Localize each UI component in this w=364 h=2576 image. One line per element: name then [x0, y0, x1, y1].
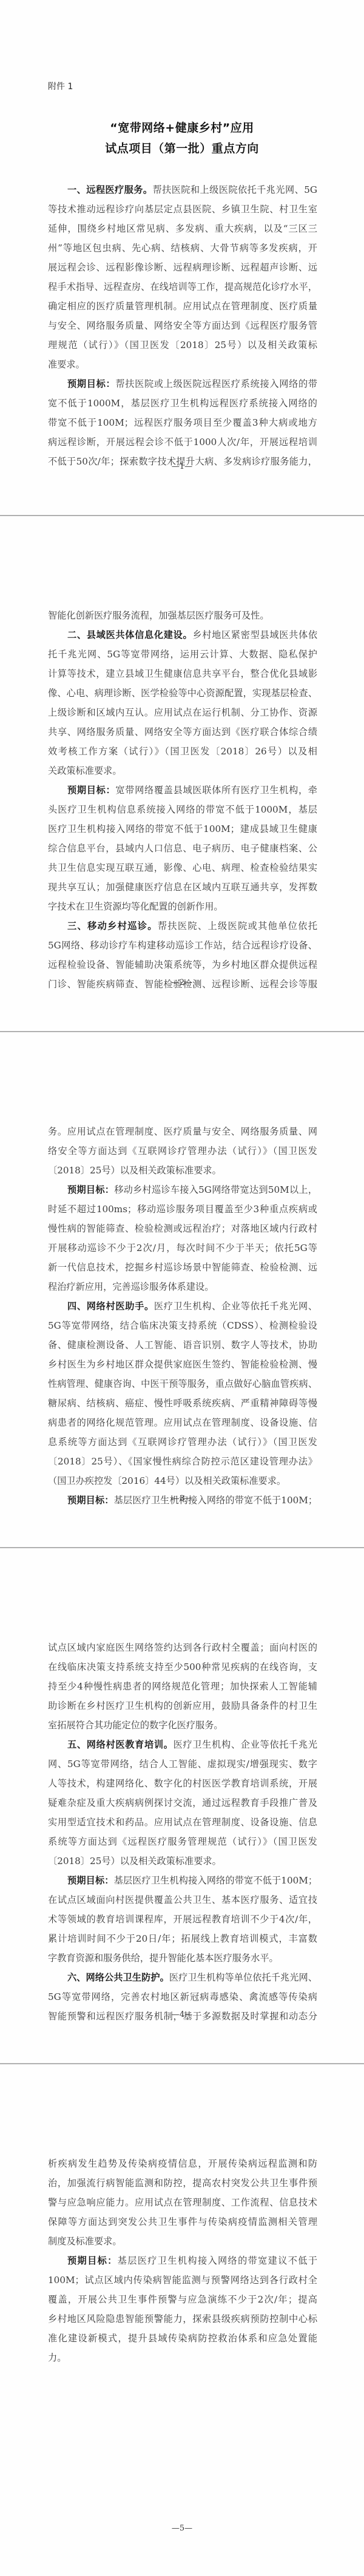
- line-text: 头医疗卫生机构信息系统接入网络的带宽不低于1000M，基层: [48, 804, 317, 815]
- section-heading: 三、移动乡村巡诊。: [67, 921, 158, 931]
- text-line: 一、远程医疗服务。帮扶医院和上级医院依托千兆光网、5G: [48, 180, 317, 200]
- text-line: （国卫办疾控发〔2016〕44号）以及相关政策标准要求。: [48, 1471, 317, 1491]
- text-line: 5G网络、移动诊疗车构建移动巡诊工作站，结合远程诊疗设备、: [48, 936, 317, 955]
- page-body: 析疾病发生趋势及传染病疫情信息，开展传染病远程监测和防治，加强流行病智能监测和防…: [48, 2154, 317, 2367]
- line-text: 制度及标准要求。: [48, 2236, 122, 2247]
- line-text: 字技术在卫生资源均等化配置的创新作用。: [48, 901, 223, 912]
- line-text: 开展移动巡诊不少于2次/月，每次时间不少于半天；依托5G等: [48, 1243, 317, 1253]
- line-text: 计算等技术，建立县域卫生健康信息共享平台，整合优化县域影: [48, 668, 317, 679]
- text-line: 5G等宽带网络，完善农村地区新冠病毒感染、禽流感等传染病: [48, 1987, 317, 2007]
- line-text: 准化建设新模式，提升县域传染病防控救治体系和应急处置能: [48, 2333, 317, 2344]
- text-line: 确定相应的医疗质量管理机制。应用试点在管理制度、医疗质量: [48, 297, 317, 316]
- line-text: 病远程诊断，开展远程会诊不低于1000人次/年，开展远程培训: [48, 437, 317, 448]
- text-line: 综合信息平台，县域内人口信息、电子病历、电子健康档案、公: [48, 839, 317, 858]
- page-body: 务。应用试点在管理制度、医疗质量与安全、网络服务质量、网络安全等方面达到《互联网…: [48, 1122, 317, 1510]
- document-viewer: 附件 1 “宽带网络+健康乡村”应用 试点项目（第一批）重点方向 一、远程医疗服…: [0, 0, 364, 2576]
- text-line: 在试点区域面向村医提供覆盖公共卫生、基本医疗服务、适宜技: [48, 1890, 317, 1910]
- line-text: 在试点区域面向村医提供覆盖公共卫生、基本医疗服务、适宜技: [48, 1894, 317, 1905]
- line-text: 〔2018〕25号）以及相关政策标准要求。: [48, 1856, 221, 1867]
- page-number: —3—: [0, 1494, 364, 1503]
- page-number: —1—: [0, 462, 364, 471]
- text-line: 警与应急响应能力。应用试点在管理制度、工作流程、信息技术: [48, 2193, 317, 2212]
- text-line: 乡村医生为乡村地区群众提供家庭医生签约、智能检验检测、慢: [48, 1355, 317, 1374]
- line-text: 远程检验设备、智能辅助决策系统等，为乡村地区群众提供远程: [48, 959, 317, 970]
- line-text: 备、健康检测设备、人工智能、语音识别、数字人等技术，协助: [48, 1340, 317, 1350]
- line-text: 力。: [48, 2352, 66, 2363]
- text-line: 析疾病发生趋势及传染病疫情信息，开展传染病远程监测和防: [48, 2154, 317, 2173]
- text-line: 远程检验设备、智能辅助决策系统等，为乡村地区群众提供远程: [48, 955, 317, 974]
- line-text: 基层医疗卫生机构接入网络的带宽不低于100M；: [114, 1875, 317, 1886]
- line-text: 程治疗新应用，完善巡诊服务体系建设。: [48, 1281, 214, 1292]
- page-body: 智能化创新医疗服务流程，加强基层医疗服务可及性。二、县域医共体信息化建设。乡村地…: [48, 606, 317, 994]
- line-text: 理规范（试行）》（国卫医发〔2018〕25号）以及相关政策标: [48, 340, 317, 351]
- line-text: 治，加强流行病智能监测和防控，提高农村突发公共卫生事件预: [48, 2178, 317, 2189]
- line-text: 累计培训时间不少于20日/年；拓展线上教育培训模式，丰富数: [48, 1933, 317, 1944]
- text-line: 计算等技术，建立县域卫生健康信息共享平台，整合优化县域影: [48, 664, 317, 683]
- text-line: 累计培训时间不少于20日/年；拓展线上教育培训模式，丰富数: [48, 1929, 317, 1948]
- text-line: 覆盖，开展公共卫生事件预警与应急演练不少于2次/年；提高: [48, 2290, 317, 2309]
- attachment-label: 附件 1: [48, 80, 73, 92]
- text-line: 程手术指导、远程查房、在线培训等工作，提高规范化诊疗水平，: [48, 277, 317, 297]
- text-line: 慢性病的智能筛查、检验检测或远程治疗；对落地区域内行政村: [48, 1219, 317, 1238]
- line-text: 试点区域内家庭医生网络签约达到各行政村全覆盖；面向村医的: [48, 1642, 317, 1653]
- text-line: 试点区域内家庭医生网络签约达到各行政村全覆盖；面向村医的: [48, 1638, 317, 1657]
- line-text: 时延不超过100ms；移动巡诊服务项目覆盖至少3种重点疾病或: [48, 1204, 317, 1215]
- text-line: 在线临床决策支持系统支持至少500种常见疾病的在线咨询，支: [48, 1657, 317, 1677]
- line-text: 上级诊断和区域内互认。应用试点在运行机制、分工协作、资源: [48, 707, 317, 718]
- line-text: 确定相应的医疗质量管理机制。应用试点在管理制度、医疗质量: [48, 301, 317, 312]
- line-text: 覆盖，开展公共卫生事件预警与应急演练不少于2次/年；提高: [48, 2294, 317, 2305]
- line-text: 延伸，围绕乡村地区常见病、多发病、重大疾病，以及“三区三: [48, 223, 317, 234]
- line-text: 乡村医生为乡村地区群众提供家庭医生签约、智能检验检测、慢: [48, 1359, 317, 1370]
- text-line: 制度及标准要求。: [48, 2232, 317, 2251]
- text-line: 延伸，围绕乡村地区常见病、多发病、重大疾病，以及“三区三: [48, 219, 317, 238]
- text-line: 字教育资源和服务供给，提升智能化基本医疗服务水平。: [48, 1948, 317, 1968]
- section-heading: 预期目标：: [67, 785, 115, 796]
- text-line: 力。: [48, 2348, 317, 2367]
- text-line: 上级诊断和区域内互认。应用试点在运行机制、分工协作、资源: [48, 703, 317, 722]
- line-text: 〔2018〕25号）以及相关政策标准要求。: [48, 1165, 221, 1176]
- page-2: 智能化创新医疗服务流程，加强基层医疗服务可及性。二、县域医共体信息化建设。乡村地…: [0, 516, 364, 1031]
- text-line: 〔2018〕25号）以及相关政策标准要求。: [48, 1161, 317, 1180]
- line-text: 宽不低于1000M，基层医疗卫生机构远程医疗系统接入网络的: [48, 398, 317, 409]
- line-text: 医疗卫生机构、企业等依托千兆光网、: [154, 1301, 317, 1312]
- text-line: 备、健康检测设备、人工智能、语音识别、数字人等技术，协助: [48, 1335, 317, 1355]
- line-text: 5G等宽带网络，完善农村地区新冠病毒感染、禽流感等传染病: [48, 1991, 317, 2002]
- line-text: 字教育资源和服务供给，提升智能化基本医疗服务水平。: [48, 1953, 278, 1964]
- page-number: —2—: [0, 978, 364, 987]
- line-text: 综合信息平台，县域内人口信息、电子病历、电子健康档案、公: [48, 843, 317, 854]
- page-1: 附件 1 “宽带网络+健康乡村”应用 试点项目（第一批）重点方向 一、远程医疗服…: [0, 0, 364, 515]
- text-line: 100M；试点区域内传染病智能监测与预警网络达到各行政村全: [48, 2270, 317, 2290]
- line-text: 络安全等方面达到《互联网诊疗管理办法（试行）》（国卫医发: [48, 1145, 317, 1156]
- text-line: 与安全、网络服务质量、网络安全等方面达到《远程医疗服务管: [48, 316, 317, 335]
- text-line: 智能化创新医疗服务流程，加强基层医疗服务可及性。: [48, 606, 317, 625]
- section-heading: 预期目标：: [67, 1875, 114, 1886]
- text-line: 〔2018〕25号）以及相关政策标准要求。: [48, 1851, 317, 1871]
- document-title-line1: “宽带网络+健康乡村”应用: [0, 119, 364, 135]
- section-heading: 预期目标：: [67, 378, 115, 389]
- text-line: 托千兆光网、5G等宽带网络，运用云计算、大数据、隐私保护: [48, 645, 317, 664]
- line-text: 医疗卫生机构接入网络的带宽不低于100M；建成县域卫生健康: [48, 823, 317, 834]
- text-line: 预期目标：基层医疗卫生机构接入网络的带宽不低于100M；: [48, 1871, 317, 1890]
- section-heading: 预期目标：: [67, 2255, 118, 2266]
- text-line: 新一代信息技术，挖掘乡村巡诊场景中智能筛查、检验检测、远: [48, 1258, 317, 1277]
- line-text: 慢性病的智能筛查、检验检测或远程治疗；对落地区域内行政村: [48, 1223, 317, 1234]
- line-text: 帮扶医院或上级医院远程医疗系统接入网络的带: [115, 378, 317, 389]
- text-line: 准化建设新模式，提升县域传染病防控救治体系和应急处置能: [48, 2329, 317, 2348]
- page-body: 一、远程医疗服务。帮扶医院和上级医院依托千兆光网、5G等技术推动远程诊疗向基层定…: [48, 180, 317, 471]
- line-text: 〔2018〕25号）、《国家慢性病综合防控示范区建设管理办法》: [48, 1456, 317, 1467]
- line-text: 宽带网络覆盖县域医联体所有医疗卫生机构，牵: [115, 785, 317, 796]
- line-text: 系统等方面达到《远程医疗服务管理规范（试行）》（国卫医发: [48, 1836, 317, 1847]
- line-text: 基层医疗卫生机构接入网络的带宽建议不低于: [118, 2255, 317, 2266]
- text-line: 像、心电、病理诊断、医学检验等中心资源配置，实现基层检查、: [48, 683, 317, 703]
- text-line: 二、县域医共体信息化建设。乡村地区紧密型县域医共体依: [48, 625, 317, 645]
- page-number: —5—: [0, 2524, 364, 2533]
- text-line: 准要求。: [48, 355, 317, 374]
- text-line: 〔2018〕25号）、《国家慢性病综合防控示范区建设管理办法》: [48, 1452, 317, 1471]
- text-line: 关政策标准要求。: [48, 761, 317, 780]
- line-text: 助诊断在乡村医疗卫生机构的创新应用，鼓励具备条件的村卫生: [48, 1700, 317, 1711]
- line-text: 在线临床决策支持系统支持至少500种常见疾病的在线咨询，支: [48, 1662, 317, 1672]
- text-line: 四、网络村医助手。医疗卫生机构、企业等依托千兆光网、: [48, 1296, 317, 1316]
- text-line: 头医疗卫生机构信息系统接入网络的带宽不低于1000M，基层: [48, 800, 317, 819]
- section-heading: 四、网络村医助手。: [67, 1301, 154, 1312]
- text-line: 时延不超过100ms；移动巡诊服务项目覆盖至少3种重点疾病或: [48, 1199, 317, 1219]
- line-text: 与安全、网络服务质量、网络安全等方面达到《远程医疗服务管: [48, 320, 317, 331]
- line-text: 乡村地区风险隐患智能预警能力，探索县级疾病预防控制中心标: [48, 2313, 317, 2324]
- text-line: 宽不低于1000M，基层医疗卫生机构远程医疗系统接入网络的: [48, 394, 317, 413]
- text-line: 室拓展符合其功能定位的数字化医疗服务。: [48, 1716, 317, 1735]
- line-text: 帮扶医院、上级医院或其他单位依托: [158, 921, 317, 931]
- text-line: 州”等地区包虫病、先心病、结核病、大骨节病等多发疾病，开: [48, 238, 317, 258]
- line-text: 疑难杂症及重大疾病病例探讨交流，通过远程教育手段推广普及: [48, 1797, 317, 1808]
- text-line: 程治疗新应用，完善巡诊服务体系建设。: [48, 1277, 317, 1296]
- line-text: 托千兆光网、5G等宽带网络，运用云计算、大数据、隐私保护: [48, 649, 317, 660]
- page-body: 试点区域内家庭医生网络签约达到各行政村全覆盖；面向村医的在线临床决策支持系统支持…: [48, 1638, 317, 2026]
- text-line: 五、网络村医教育培训。医疗卫生机构、企业等依托千兆光: [48, 1735, 317, 1754]
- line-text: 人等技术，构建网络化、数字化的村医医学教育培训系统，开展: [48, 1778, 317, 1789]
- line-text: 州”等地区包虫病、先心病、结核病、大骨节病等多发疾病，开: [48, 243, 317, 253]
- text-line: 持至少4种慢性病患者的网络规范化管理；加快探索人工智能辅: [48, 1677, 317, 1696]
- line-text: 乡村地区紧密型县域医共体依: [192, 629, 317, 640]
- line-text: 室拓展符合其功能定位的数字化医疗服务。: [48, 1720, 223, 1731]
- text-line: 糖尿病、结核病、癌症、慢性呼吸系统疾病、严重精神障碍等慢: [48, 1394, 317, 1413]
- line-text: 持至少4种慢性病患者的网络规范化管理；加快探索人工智能辅: [48, 1681, 317, 1692]
- section-heading: 六、网络公共卫生防护。: [67, 1972, 169, 1983]
- text-line: 共享、网络服务质量、网络安全等方面达到《医疗联合体综合绩: [48, 722, 317, 742]
- text-line: 疑难杂症及重大疾病病例探讨交流，通过远程教育手段推广普及: [48, 1793, 317, 1813]
- line-text: 病患者的网络化规范管理。应用试点在管理制度、设备设施、信: [48, 1417, 317, 1428]
- text-line: 共卫生信息实现互联互通，影像、心电、病理、检查检验结果实: [48, 858, 317, 877]
- text-line: 5G等宽带网络，结合临床决策支持系统（CDSS）、检测检验设: [48, 1316, 317, 1335]
- text-line: 网、5G等宽带网络，结合人工智能、虚拟现实/增强现实、数字: [48, 1754, 317, 1774]
- text-line: 展远程会诊、远程影像诊断、远程病理诊断、远程超声诊断、远: [48, 258, 317, 277]
- line-text: 医疗卫生机构等单位依托千兆光网、: [169, 1972, 317, 1983]
- line-text: 5G网络、移动诊疗车构建移动巡诊工作站，结合远程诊疗设备、: [48, 940, 317, 951]
- line-text: 新一代信息技术，挖掘乡村巡诊场景中智能筛查、检验检测、远: [48, 1262, 317, 1273]
- text-line: 三、移动乡村巡诊。帮扶医院、上级医院或其他单位依托: [48, 916, 317, 936]
- text-line: 医疗卫生机构接入网络的带宽不低于100M；建成县域卫生健康: [48, 819, 317, 839]
- text-line: 开展移动巡诊不少于2次/月，每次时间不少于半天；依托5G等: [48, 1238, 317, 1258]
- line-text: 医疗卫生机构、企业等依托千兆光: [174, 1739, 317, 1750]
- text-line: 务。应用试点在管理制度、医疗质量与安全、网络服务质量、网: [48, 1122, 317, 1141]
- line-text: 术等领域的教育培训课程库，开展远程教育培训不少于4次/年，: [48, 1914, 317, 1925]
- text-line: 预期目标：宽带网络覆盖县域医联体所有医疗卫生机构，牵: [48, 780, 317, 800]
- line-text: （国卫办疾控发〔2016〕44号）以及相关政策标准要求。: [48, 1475, 286, 1486]
- line-text: 现共享互认；加强健康医疗信息在区域内互联互通共享，发挥数: [48, 882, 317, 893]
- text-line: 保障等方面达到突发公共卫生事件与传染病疫情监测相关管理: [48, 2212, 317, 2232]
- text-line: 预期目标：帮扶医院或上级医院远程医疗系统接入网络的带: [48, 374, 317, 394]
- line-text: 共卫生信息实现互联互通，影像、心电、病理、检查检验结果实: [48, 862, 317, 873]
- text-line: 性病管理、健康咨询、中医干预等服务，重点做好心脑血管疾病、: [48, 1374, 317, 1394]
- line-text: 实用型适宜技术和药品。应用试点在管理制度、设备设施、信息: [48, 1817, 317, 1828]
- line-text: 效考核工作方案（试行）》（国卫医发〔2018〕26号）以及相: [48, 746, 317, 757]
- line-text: 准要求。: [48, 359, 85, 370]
- section-heading: 五、网络村医教育培训。: [67, 1739, 174, 1750]
- text-line: 六、网络公共卫生防护。医疗卫生机构等单位依托千兆光网、: [48, 1968, 317, 1987]
- text-line: 预期目标：移动乡村巡诊车接入5G网络带宽达到50M以上，: [48, 1180, 317, 1199]
- text-line: 实用型适宜技术和药品。应用试点在管理制度、设备设施、信息: [48, 1813, 317, 1832]
- text-line: 现共享互认；加强健康医疗信息在区域内互联互通共享，发挥数: [48, 877, 317, 897]
- line-text: 展远程会诊、远程影像诊断、远程病理诊断、远程超声诊断、远: [48, 262, 317, 273]
- line-text: 保障等方面达到突发公共卫生事件与传染病疫情监测相关管理: [48, 2216, 317, 2227]
- text-line: 息系统等方面达到《互联网诊疗管理办法（试行）》（国卫医发: [48, 1432, 317, 1452]
- document-title-line2: 试点项目（第一批）重点方向: [0, 139, 364, 156]
- page-number: —4—: [0, 2010, 364, 2019]
- line-text: 糖尿病、结核病、癌症、慢性呼吸系统疾病、严重精神障碍等慢: [48, 1398, 317, 1409]
- text-line: 乡村地区风险隐患智能预警能力，探索县级疾病预防控制中心标: [48, 2309, 317, 2329]
- text-line: 络安全等方面达到《互联网诊疗管理办法（试行）》（国卫医发: [48, 1141, 317, 1161]
- line-text: 5G等宽带网络，结合临床决策支持系统（CDSS）、检测检验设: [48, 1320, 317, 1331]
- line-text: 警与应急响应能力。应用试点在管理制度、工作流程、信息技术: [48, 2197, 317, 2208]
- text-line: 预期目标：基层医疗卫生机构接入网络的带宽建议不低于: [48, 2251, 317, 2270]
- line-text: 性病管理、健康咨询、中医干预等服务，重点做好心脑血管疾病、: [48, 1378, 317, 1389]
- text-line: 人等技术，构建网络化、数字化的村医医学教育培训系统，开展: [48, 1774, 317, 1793]
- text-line: 效考核工作方案（试行）》（国卫医发〔2018〕26号）以及相: [48, 742, 317, 761]
- line-text: 智能化创新医疗服务流程，加强基层医疗服务可及性。: [48, 610, 269, 621]
- line-text: 共享、网络服务质量、网络安全等方面达到《医疗联合体综合绩: [48, 726, 317, 737]
- text-line: 病远程诊断，开展远程会诊不低于1000人次/年，开展远程培训: [48, 432, 317, 452]
- line-text: 等技术推动远程诊疗向基层定点县医院、乡镇卫生院、村卫生室: [48, 204, 317, 215]
- line-text: 关政策标准要求。: [48, 765, 122, 776]
- text-line: 等技术推动远程诊疗向基层定点县医院、乡镇卫生院、村卫生室: [48, 200, 317, 219]
- page-4: 试点区域内家庭医生网络签约达到各行政村全覆盖；面向村医的在线临床决策支持系统支持…: [0, 1548, 364, 2063]
- text-line: 字技术在卫生资源均等化配置的创新作用。: [48, 897, 317, 916]
- text-line: 带宽不低于100M；远程医疗服务项目至少覆盖3种大病或地方: [48, 413, 317, 432]
- text-line: 系统等方面达到《远程医疗服务管理规范（试行）》（国卫医发: [48, 1832, 317, 1851]
- section-heading: 预期目标：: [67, 1184, 114, 1195]
- page-5: 析疾病发生趋势及传染病疫情信息，开展传染病远程监测和防治，加强流行病智能监测和防…: [0, 2064, 364, 2576]
- line-text: 网、5G等宽带网络，结合人工智能、虚拟现实/增强现实、数字: [48, 1759, 317, 1769]
- line-text: 100M；试点区域内传染病智能监测与预警网络达到各行政村全: [48, 2275, 317, 2286]
- line-text: 程手术指导、远程查房、在线培训等工作，提高规范化诊疗水平，: [48, 281, 317, 292]
- line-text: 像、心电、病理诊断、医学检验等中心资源配置，实现基层检查、: [48, 688, 317, 699]
- section-heading: 二、县域医共体信息化建设。: [67, 629, 192, 640]
- line-text: 析疾病发生趋势及传染病疫情信息，开展传染病远程监测和防: [48, 2158, 317, 2169]
- text-line: 理规范（试行）》（国卫医发〔2018〕25号）以及相关政策标: [48, 335, 317, 355]
- line-text: 务。应用试点在管理制度、医疗质量与安全、网络服务质量、网: [48, 1126, 317, 1137]
- text-line: 术等领域的教育培训课程库，开展远程教育培训不少于4次/年，: [48, 1910, 317, 1929]
- text-line: 助诊断在乡村医疗卫生机构的创新应用，鼓励具备条件的村卫生: [48, 1696, 317, 1716]
- page-3: 务。应用试点在管理制度、医疗质量与安全、网络服务质量、网络安全等方面达到《互联网…: [0, 1032, 364, 1547]
- line-text: 移动乡村巡诊车接入5G网络带宽达到50M以上，: [114, 1184, 317, 1195]
- section-heading: 一、远程医疗服务。: [67, 184, 152, 195]
- line-text: 帮扶医院和上级医院依托千兆光网、5G: [152, 184, 317, 195]
- text-line: 病患者的网络化规范管理。应用试点在管理制度、设备设施、信: [48, 1413, 317, 1432]
- text-line: 治，加强流行病智能监测和防控，提高农村突发公共卫生事件预: [48, 2173, 317, 2193]
- line-text: 息系统等方面达到《互联网诊疗管理办法（试行）》（国卫医发: [48, 1437, 317, 1447]
- line-text: 带宽不低于100M；远程医疗服务项目至少覆盖3种大病或地方: [48, 417, 317, 428]
